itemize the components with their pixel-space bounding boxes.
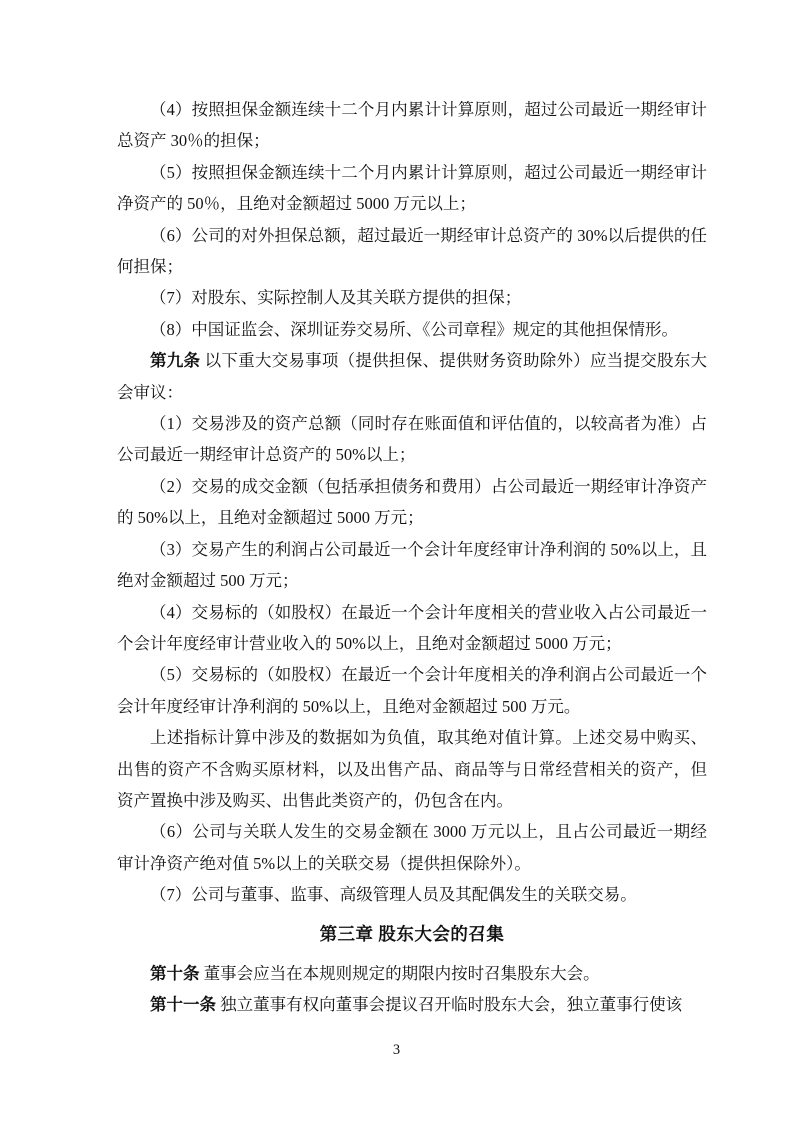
paragraph: （7）公司与董事、监事、高级管理人员及其配偶发生的关联交易。 bbox=[117, 879, 707, 910]
document-page: （4）按照担保金额连续十二个月内累计计算原则，超过公司最近一期经审计总资产 30… bbox=[0, 0, 793, 1122]
paragraph: （5）按照担保金额连续十二个月内累计计算原则，超过公司最近一期经审计净资产的 5… bbox=[117, 157, 707, 220]
article-number: 第九条 bbox=[150, 351, 200, 370]
article-number: 第十条 bbox=[150, 964, 200, 983]
paragraph: （6）公司与关联人发生的交易金额在 3000 万元以上，且占公司最近一期经审计净… bbox=[117, 816, 707, 879]
article-paragraph: 第九条 以下重大交易事项（提供担保、提供财务资助除外）应当提交股东大会审议： bbox=[117, 345, 707, 408]
document-body: （4）按照担保金额连续十二个月内累计计算原则，超过公司最近一期经审计总资产 30… bbox=[117, 94, 707, 1021]
paragraph: （6）公司的对外担保总额，超过最近一期经审计总资产的 30%以后提供的任何担保； bbox=[117, 220, 707, 283]
paragraph: （5）交易标的（如股权）在最近一个会计年度相关的净利润占公司最近一个会计年度经审… bbox=[117, 659, 707, 722]
paragraph: （1）交易涉及的资产总额（同时存在账面值和评估值的，以较高者为准）占公司最近一期… bbox=[117, 408, 707, 471]
article-paragraph: 第十一条 独立董事有权向董事会提议召开临时股东大会，独立董事行使该 bbox=[117, 989, 707, 1020]
paragraph: 上述指标计算中涉及的数据如为负值，取其绝对值计算。上述交易中购买、出售的资产不含… bbox=[117, 722, 707, 816]
page-number: 3 bbox=[0, 1036, 793, 1064]
article-number: 第十一条 bbox=[150, 995, 216, 1014]
paragraph: （2）交易的成交金额（包括承担债务和费用）占公司最近一期经审计净资产的 50%以… bbox=[117, 471, 707, 534]
article-paragraph: 第十条 董事会应当在本规则规定的期限内按时召集股东大会。 bbox=[117, 958, 707, 989]
paragraph: （4）交易标的（如股权）在最近一个会计年度相关的营业收入占公司最近一个会计年度经… bbox=[117, 597, 707, 660]
chapter-heading: 第三章 股东大会的召集 bbox=[117, 919, 707, 950]
paragraph: （3）交易产生的利润占公司最近一个会计年度经审计净利润的 50%以上，且绝对金额… bbox=[117, 534, 707, 597]
paragraph: （7）对股东、实际控制人及其关联方提供的担保； bbox=[117, 282, 707, 313]
paragraph: （4）按照担保金额连续十二个月内累计计算原则，超过公司最近一期经审计总资产 30… bbox=[117, 94, 707, 157]
paragraph: （8）中国证监会、深圳证券交易所、《公司章程》规定的其他担保情形。 bbox=[117, 314, 707, 345]
